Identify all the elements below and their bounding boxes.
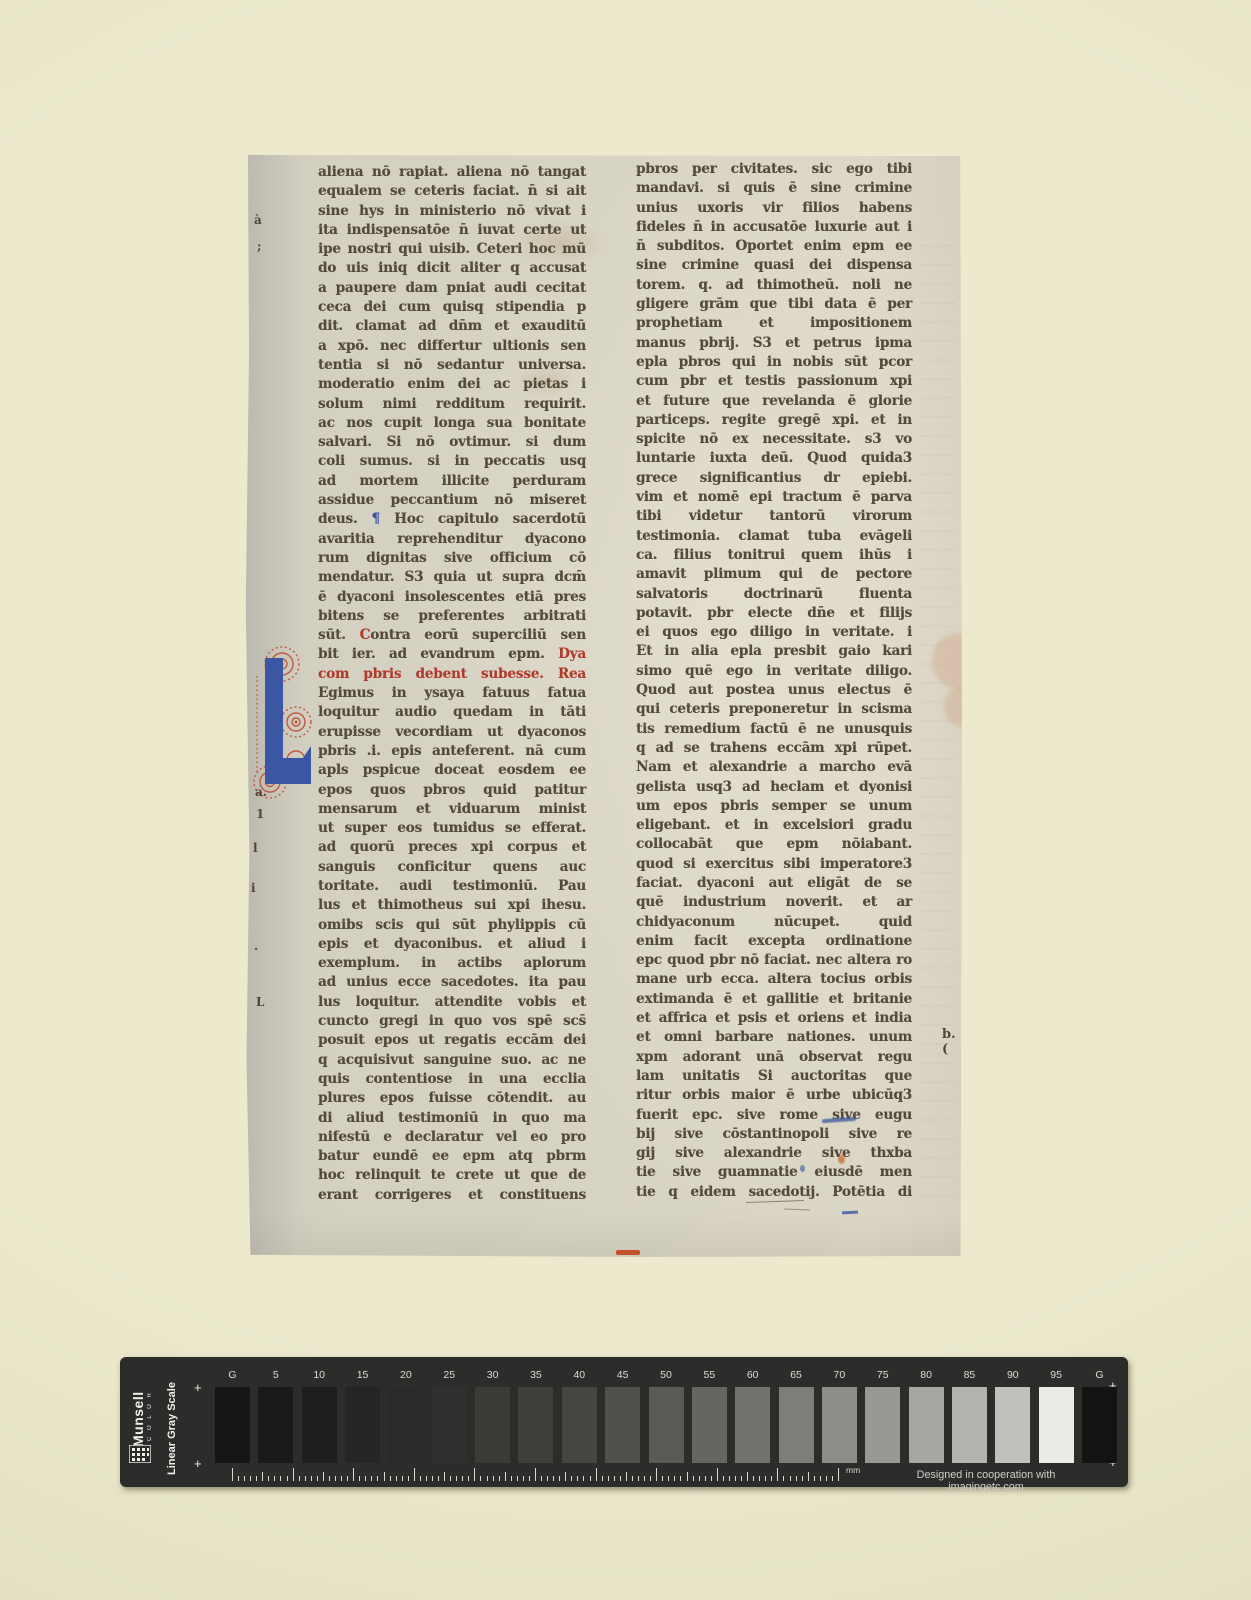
margin-note: L — [256, 995, 264, 1009]
manuscript-line: do uis iniq dicit aliter q accusat — [318, 259, 586, 278]
patch-label: 70 — [822, 1369, 857, 1381]
manuscript-line: q ad se trahens eccām xpi rūpet. — [636, 739, 912, 758]
ruler-tick — [456, 1476, 457, 1482]
manuscript-line: Egimus in ysaya fatuus fatua — [318, 684, 586, 703]
ruler-tick — [632, 1476, 633, 1482]
gray-patch — [909, 1387, 944, 1463]
ruler-tick — [432, 1476, 433, 1482]
initial-letter-L — [265, 658, 311, 784]
manuscript-line: plures epos fuisse cōtendit. au — [318, 1089, 586, 1108]
manuscript-line: lus loquitur. attendite vobis et — [318, 993, 586, 1012]
manuscript-line: tie sive guamnatie eiusdē men — [636, 1163, 912, 1182]
ruler-tick — [759, 1476, 760, 1482]
ruler-tick — [808, 1472, 809, 1481]
munsell-brand-text: Munsell — [130, 1381, 146, 1447]
manuscript-line: salvatoris doctrinarū fluenta — [636, 585, 912, 604]
gray-patch — [779, 1387, 814, 1463]
ruler-tick — [293, 1468, 294, 1481]
manuscript-line: collocabāt que epm nōiabant. — [636, 835, 912, 854]
ruler-tick — [814, 1476, 815, 1482]
ruler-tick — [305, 1476, 306, 1482]
munsell-logo-icon — [129, 1445, 151, 1463]
patch-label: 50 — [649, 1369, 684, 1381]
margin-note: a. — [255, 785, 267, 799]
gray-patch — [388, 1387, 423, 1463]
gray-patch — [735, 1387, 770, 1463]
ruler-tick — [699, 1476, 700, 1482]
patch-label: 25 — [432, 1369, 467, 1381]
orange-edge-mark — [616, 1250, 640, 1255]
gray-patch — [1039, 1387, 1074, 1463]
manuscript-line: epc quod pbr nō faciat. nec altera ro — [636, 951, 912, 970]
ruler-tick — [626, 1472, 627, 1481]
manuscript-line: dit. clamat ad dn̄m et exauditū — [318, 317, 586, 336]
photograph-backdrop: aliena nō rapiat. aliena nō tangatequale… — [0, 0, 1251, 1600]
manuscript-line: gligere grām que tibi data ē per — [636, 295, 912, 314]
red-pigment-spot — [838, 1155, 845, 1164]
manuscript-line: fideles n̄ in accusatōe luxurie aut i — [636, 218, 912, 237]
patch-label: 20 — [388, 1369, 423, 1381]
ruler-tick — [777, 1468, 778, 1481]
patch-label: 40 — [562, 1369, 597, 1381]
ruler-tick — [274, 1476, 275, 1482]
ruler-tick — [717, 1468, 718, 1481]
manuscript-line: lus et thimotheus sui xpi ihesu. — [318, 896, 586, 915]
manuscript-line: ita indispensatōe n̄ iuvat certe ut — [318, 221, 586, 240]
ruler-tick — [602, 1476, 603, 1482]
manuscript-line: salvari. Si nō ovtimur. si dum — [318, 433, 586, 452]
ruler-tick — [565, 1472, 566, 1481]
gray-patch — [518, 1387, 553, 1463]
ruler-tick — [377, 1476, 378, 1482]
ruler-tick — [390, 1476, 391, 1482]
initial-showthrough — [932, 633, 984, 689]
ruler-tick — [317, 1476, 318, 1482]
ruler-tick — [341, 1476, 342, 1482]
manuscript-line: assidue peccantium nō miseret — [318, 491, 586, 510]
ruler-tick — [268, 1476, 269, 1482]
manuscript-line: sine hys in ministerio nō vivat i — [318, 202, 586, 221]
ruler-tick — [426, 1476, 427, 1482]
manuscript-line: potavit. pbr electe dn̄e et filijs — [636, 604, 912, 623]
patch-label: 75 — [865, 1369, 900, 1381]
manuscript-line: um epos pbris semper se unum — [636, 797, 912, 816]
ruler-tick — [408, 1476, 409, 1482]
patch-label: G — [1082, 1369, 1117, 1381]
manuscript-line: sanguis conficitur quens auc — [318, 858, 586, 877]
gray-patch — [215, 1387, 250, 1463]
manuscript-line: unius uxoris vir filios habens — [636, 199, 912, 218]
manuscript-line: qui ceteris preponeretur in scisma — [636, 700, 912, 719]
ruler-tick — [493, 1476, 494, 1482]
ruler-tick — [511, 1476, 512, 1482]
manuscript-line: ut super eos tumidus se efferat. — [318, 819, 586, 838]
gray-patch — [822, 1387, 857, 1463]
gray-patch — [995, 1387, 1030, 1463]
ruler-tick — [583, 1476, 584, 1482]
gray-patch — [952, 1387, 987, 1463]
ruler-tick — [499, 1476, 500, 1482]
manuscript-line: ritur orbis maior ē urbe ubicūq3 — [636, 1086, 912, 1105]
ruler-tick — [541, 1476, 542, 1482]
manuscript-line: spicite nō ex necessitate. s3 vo — [636, 430, 912, 449]
ruler-tick — [311, 1476, 312, 1482]
ruler-tick — [771, 1476, 772, 1482]
manuscript-line: quis contentiose in una ecclia — [318, 1070, 586, 1089]
manuscript-line: bitens se preferentes arbitrati — [318, 607, 586, 626]
manuscript-line: hoc relinquit te crete ut que de — [318, 1166, 586, 1185]
manuscript-line: testimonia. clamat tuba evāgeli — [636, 527, 912, 546]
ruler-tick — [299, 1476, 300, 1482]
manuscript-line: enim facit excepta ordinatione — [636, 932, 912, 951]
ruler-tick — [723, 1476, 724, 1482]
manuscript-line: ceca dei cum quisq stipendia p — [318, 298, 586, 317]
blue-pen-mark — [842, 1211, 858, 1214]
manuscript-line: et omni barbare nationes. unum — [636, 1028, 912, 1047]
ruler-tick — [414, 1468, 415, 1481]
manuscript-line: apls pspicue doceat eosdem ee — [318, 761, 586, 780]
ruler-tick — [256, 1476, 257, 1482]
manuscript-line: ē dyaconi insolescentes etiā pres — [318, 588, 586, 607]
manuscript-line: solum nimi redditum requirit. — [318, 395, 586, 414]
manuscript-line: Nam et alexandrie a marcho evā — [636, 758, 912, 777]
ruler-tick — [735, 1476, 736, 1482]
manuscript-line: tis remedium factū ē ne unusquis — [636, 720, 912, 739]
ruler-unit-label: mm — [846, 1465, 860, 1475]
manuscript-line: torem. q. ad thimotheū. noli ne — [636, 276, 912, 295]
margin-note: 1 — [256, 807, 264, 821]
manuscript-line: n̄ subditos. Oportet enim epm ee — [636, 237, 912, 256]
ruler-tick — [517, 1476, 518, 1482]
ruler-tick — [402, 1476, 403, 1482]
ruler-tick — [480, 1476, 481, 1482]
ruler-tick — [596, 1468, 597, 1481]
manuscript-line: tibi videtur tantorū virorum — [636, 507, 912, 526]
ruler — [232, 1468, 840, 1481]
manuscript-line: di aliud testimoniū in quo ma — [318, 1109, 586, 1128]
gray-patch — [345, 1387, 380, 1463]
ruler-tick — [353, 1468, 354, 1481]
manuscript-line: toritate. audi testimoniū. Pau — [318, 877, 586, 896]
manuscript-line: a paupere dam pniat audi cecitat — [318, 279, 586, 298]
ruler-tick — [420, 1476, 421, 1482]
patch-label: 60 — [735, 1369, 770, 1381]
margin-note: ; — [257, 239, 261, 253]
ruler-tick — [796, 1476, 797, 1482]
ruler-tick — [571, 1476, 572, 1482]
manuscript-line: et affrica et psis et oriens et india — [636, 1009, 912, 1028]
patch-label: 30 — [475, 1369, 510, 1381]
manuscript-line: rum dignitas sive officium cō — [318, 549, 586, 568]
ruler-tick — [553, 1476, 554, 1482]
manuscript-line: mandavi. si quis ē sine crimine — [636, 179, 912, 198]
manuscript-line: mendatur. S3 quia ut supra dcm̄ — [318, 568, 586, 587]
manuscript-line: epos quos pbros quid patitur — [318, 781, 586, 800]
ruler-tick — [438, 1476, 439, 1482]
ruler-tick — [529, 1476, 530, 1482]
ruler-tick — [450, 1476, 451, 1482]
margin-note: . — [254, 939, 258, 953]
manuscript-line: eligebant. et in excelsiori gradu — [636, 816, 912, 835]
gray-patch — [649, 1387, 684, 1463]
manuscript-line: prophetiam et impositionem — [636, 314, 912, 333]
munsell-color-text: C O L O R — [147, 1385, 153, 1441]
manuscript-line: tie q eidem sacedotij. Potētia di — [636, 1183, 912, 1202]
ruler-tick — [323, 1472, 324, 1481]
gray-patch — [562, 1387, 597, 1463]
text-column-a: aliena nō rapiat. aliena nō tangatequale… — [318, 163, 586, 1205]
manuscript-line: et future que revelanda ē glorie — [636, 392, 912, 411]
manuscript-line: aliena nō rapiat. aliena nō tangat — [318, 163, 586, 182]
patch-label: 80 — [909, 1369, 944, 1381]
ruler-tick — [365, 1476, 366, 1482]
manuscript-line: coli sumus. si in peccatis usq — [318, 452, 586, 471]
manuscript-line: exemplum. in actibs aplorum — [318, 954, 586, 973]
gray-patch — [302, 1387, 337, 1463]
ruler-tick — [535, 1468, 536, 1481]
gray-scale-card: Munsell C O L O R Linear Gray Scale + + … — [120, 1357, 1128, 1487]
manuscript-line: simo quē ego in veritate diligo. — [636, 662, 912, 681]
ruler-tick — [335, 1476, 336, 1482]
manuscript-line: Quod aut postea unus electus ē — [636, 681, 912, 700]
ruler-tick — [250, 1476, 251, 1482]
text-showthrough — [920, 245, 956, 1205]
ruler-tick — [662, 1476, 663, 1482]
gray-patch — [432, 1387, 467, 1463]
manuscript-line: fuerit epc. sive rome sive eugu — [636, 1106, 912, 1125]
ruler-tick — [280, 1476, 281, 1482]
ruler-tick — [462, 1476, 463, 1482]
ruler-tick — [384, 1472, 385, 1481]
registration-mark: + — [194, 1381, 202, 1394]
patch-label: 90 — [995, 1369, 1030, 1381]
ruler-tick — [741, 1476, 742, 1482]
manuscript-line: ad mortem illicite perduram — [318, 472, 586, 491]
manuscript-line: moderatio enim dei ac pietas i — [318, 375, 586, 394]
manuscript-line: ipe nostri qui uisib. Ceteri hoc mū — [318, 240, 586, 259]
manuscript-line: lam unitatis Si auctoritas que — [636, 1067, 912, 1086]
ruler-tick — [396, 1476, 397, 1482]
manuscript-line: epla pbros qui in nobis sūt pcor — [636, 353, 912, 372]
text-column-b: pbros per civitates. sic ego tibimandavi… — [636, 160, 912, 1202]
gray-patch — [475, 1387, 510, 1463]
ruler-tick — [644, 1476, 645, 1482]
ruler-tick — [468, 1476, 469, 1482]
manuscript-line: ca. filius tonitrui quem ihūs i — [636, 546, 912, 565]
patch-label: 65 — [779, 1369, 814, 1381]
manuscript-line: posuit epos ut regatis eccām dei — [318, 1031, 586, 1050]
manuscript-line: gij sive alexandrie sive thxba — [636, 1144, 912, 1163]
ruler-tick — [359, 1476, 360, 1482]
manuscript-line: sine crimine quasi dei dispensa — [636, 256, 912, 275]
manuscript-line: nifestū e declaratur vel eo pro — [318, 1128, 586, 1147]
ruler-tick — [680, 1476, 681, 1482]
manuscript-line: com pbris debent subesse. Rea — [318, 665, 586, 684]
pen-trial-mark — [784, 1209, 810, 1211]
ruler-tick — [329, 1476, 330, 1482]
manuscript-line: mane urb ecca. altera tocius orbis — [636, 970, 912, 989]
registration-mark: + — [194, 1457, 202, 1470]
ruler-tick — [753, 1476, 754, 1482]
margin-note: l — [253, 841, 258, 855]
manuscript-line: ei quos ego diligo in veritate. i — [636, 623, 912, 642]
margin-note: i — [251, 881, 256, 895]
manuscript-line: chidyaconum nūcupet. quid — [636, 913, 912, 932]
manuscript-line: manus pbrij. S3 et petrus ipma — [636, 334, 912, 353]
manuscript-leaf: aliena nō rapiat. aliena nō tangatequale… — [244, 155, 962, 1257]
manuscript-line: bij sive cōstantinopoli sive re — [636, 1125, 912, 1144]
gray-patch — [258, 1387, 293, 1463]
manuscript-line: ad quorū preces xpi corpus et — [318, 838, 586, 857]
manuscript-line: equalem se ceteris faciat. n̄ si ait — [318, 182, 586, 201]
ruler-tick — [705, 1476, 706, 1482]
ruler-tick — [668, 1476, 669, 1482]
manuscript-line: xpm adorant unā observat regu — [636, 1048, 912, 1067]
ruler-tick — [371, 1476, 372, 1482]
manuscript-line: gelista usq3 ad heclam et dyonisi — [636, 778, 912, 797]
manuscript-line: Et in alia epla presbit gaio kari — [636, 642, 912, 661]
manuscript-line: grece significantius dr epiebi. — [636, 469, 912, 488]
ruler-tick — [590, 1476, 591, 1482]
ruler-tick — [620, 1476, 621, 1482]
ruler-tick — [559, 1476, 560, 1482]
manuscript-line: quod si exercitus sibi imperatore3 — [636, 855, 912, 874]
ruler-tick — [650, 1476, 651, 1482]
manuscript-line: pbris .i. epis anteferent. nā cum — [318, 742, 586, 761]
manuscript-line: ac nos cupit longa sua bonitate — [318, 414, 586, 433]
ruler-tick — [547, 1476, 548, 1482]
patch-label: 55 — [692, 1369, 727, 1381]
margin-note: à — [254, 213, 262, 227]
ruler-tick — [505, 1472, 506, 1481]
ruler-tick — [238, 1476, 239, 1482]
patch-label: 95 — [1039, 1369, 1074, 1381]
ruler-tick — [693, 1476, 694, 1482]
ruler-tick — [232, 1468, 233, 1481]
credit-text: Designed in cooperation with imagingetc.… — [880, 1469, 1092, 1493]
ruler-tick — [474, 1468, 475, 1481]
patch-label: 10 — [302, 1369, 337, 1381]
ruler-tick — [832, 1476, 833, 1482]
patch-label: 5 — [258, 1369, 293, 1381]
gray-patch — [1082, 1387, 1117, 1463]
manuscript-line: cuncto gregi in quo vos spē scs̄ — [318, 1012, 586, 1031]
ruler-tick — [729, 1476, 730, 1482]
manuscript-line: q acquisivut sanguine suo. ac ne — [318, 1051, 586, 1070]
blue-ink-dot — [800, 1165, 805, 1172]
manuscript-line: ad unius ecce sacedotes. ita pau — [318, 973, 586, 992]
margin-note-b: b. ( — [942, 1027, 962, 1057]
ruler-tick — [783, 1476, 784, 1482]
ruler-tick — [674, 1476, 675, 1482]
ruler-tick — [656, 1468, 657, 1481]
ruler-tick — [790, 1476, 791, 1482]
manuscript-line: epis et dyaconibus. et aliud i — [318, 935, 586, 954]
manuscript-line: a xpō. nec differtur ultionis sen — [318, 337, 586, 356]
patch-label: 15 — [345, 1369, 380, 1381]
manuscript-line: particeps. regite gregē xpi. et in — [636, 411, 912, 430]
manuscript-line: omibs scis qui sūt phylippis cū — [318, 916, 586, 935]
gray-patch — [605, 1387, 640, 1463]
manuscript-line: batur eundē ee epm atq pbrm — [318, 1147, 586, 1166]
ruler-tick — [747, 1472, 748, 1481]
manuscript-line: cum pbr et testis passionum xpi — [636, 372, 912, 391]
manuscript-line: pbros per civitates. sic ego tibi — [636, 160, 912, 179]
manuscript-line: deus. ¶ Hoc capitulo sacerdotū — [318, 510, 586, 529]
ruler-tick — [687, 1472, 688, 1481]
manuscript-line: luntarie iuxta deū. Quod quida3 — [636, 449, 912, 468]
ruler-tick — [347, 1476, 348, 1482]
manuscript-line: sūt. Contra eorū superciliū sen — [318, 626, 586, 645]
ruler-tick — [765, 1476, 766, 1482]
patch-label: 35 — [518, 1369, 553, 1381]
ruler-tick — [638, 1476, 639, 1482]
manuscript-line: loquitur audio quedam in tāti — [318, 703, 586, 722]
ruler-tick — [711, 1476, 712, 1482]
gray-patch — [692, 1387, 727, 1463]
ruler-tick — [244, 1476, 245, 1482]
manuscript-line: extimanda ē et gallitie et britanie — [636, 990, 912, 1009]
manuscript-line: bit ier. ad evandrum epm. Dya — [318, 645, 586, 664]
ruler-tick — [487, 1476, 488, 1482]
gray-patch — [865, 1387, 900, 1463]
scale-title: Linear Gray Scale — [166, 1379, 178, 1475]
ruler-tick — [262, 1472, 263, 1481]
manuscript-line: tentia si nō sedantur universa. — [318, 356, 586, 375]
manuscript-line: erant corrigeres et constituens — [318, 1186, 586, 1205]
manuscript-line: mensarum et viduarum minist — [318, 800, 586, 819]
ruler-tick — [802, 1476, 803, 1482]
ruler-tick — [444, 1472, 445, 1481]
ruler-tick — [614, 1476, 615, 1482]
ruler-tick — [577, 1476, 578, 1482]
manuscript-line: erupisse vecordiam ut dyaconos — [318, 723, 586, 742]
ruler-tick — [287, 1476, 288, 1482]
ruler-tick — [608, 1476, 609, 1482]
manuscript-line: quē industrium noverit. et ar — [636, 893, 912, 912]
ruler-tick — [523, 1476, 524, 1482]
ruler-tick — [820, 1476, 821, 1482]
patch-label: 85 — [952, 1369, 987, 1381]
ruler-tick — [826, 1476, 827, 1482]
ruler-tick — [838, 1468, 839, 1481]
patch-label: G — [215, 1369, 250, 1381]
initial-showthrough — [944, 687, 982, 727]
manuscript-line: faciat. dyaconi aut eligāt de se — [636, 874, 912, 893]
manuscript-line: amavit plimum qui de pectore — [636, 565, 912, 584]
manuscript-line: avaritia reprehenditur dyacono — [318, 530, 586, 549]
patch-label: 45 — [605, 1369, 640, 1381]
manuscript-line: vim et nomē epi tractum ē parva — [636, 488, 912, 507]
